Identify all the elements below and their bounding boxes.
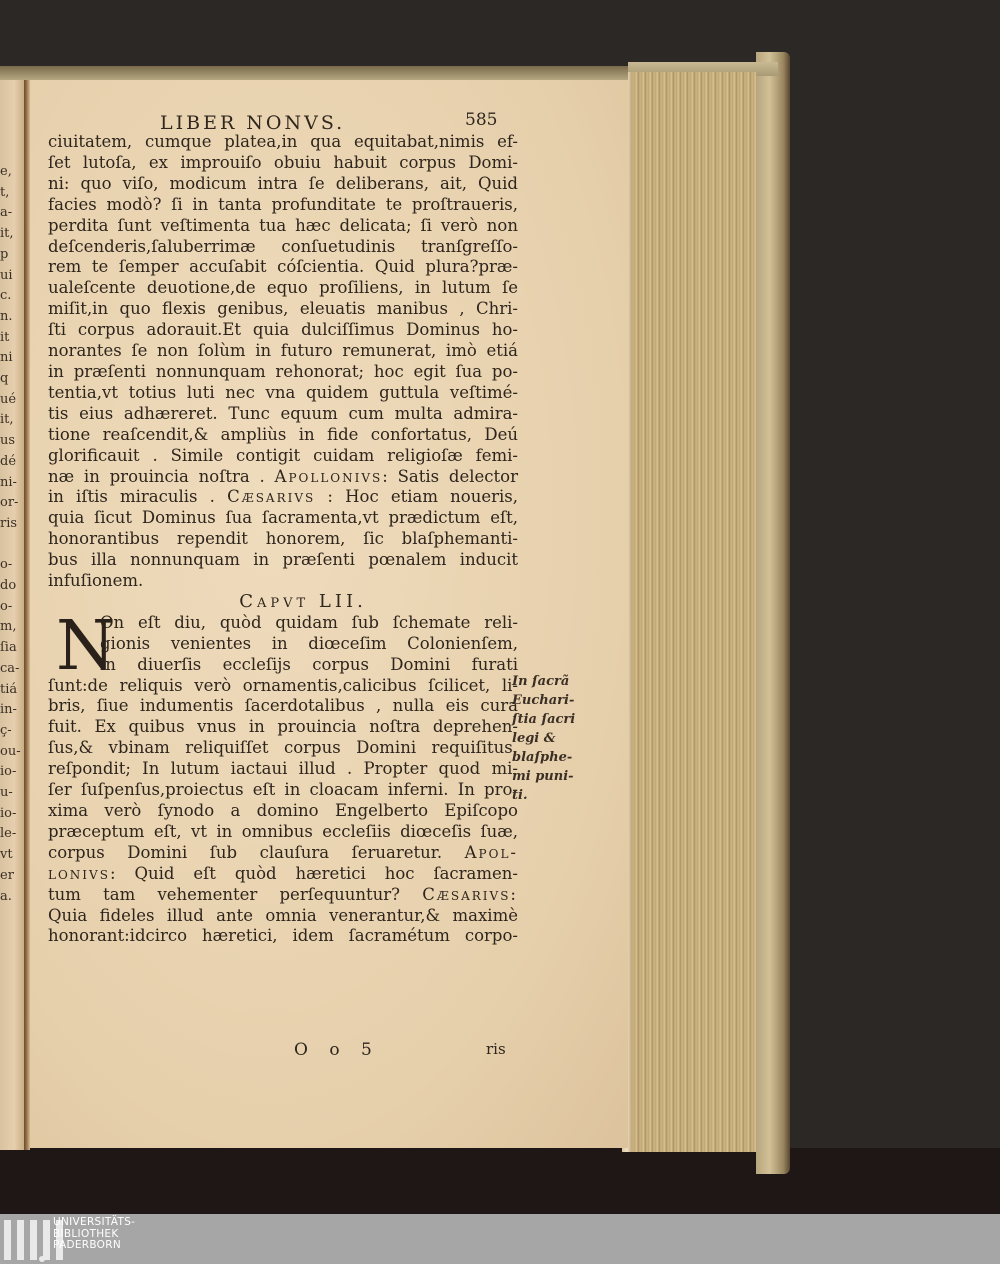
library-name: UNIVERSITÄTS- BIBLIOTHEK PADERBORN xyxy=(53,1217,135,1252)
text-line: præceptum eſt, vt in omnibus eccleſiis d… xyxy=(48,822,518,843)
text-line: deſcenderis,ſaluberrimæ conſuetudinis tr… xyxy=(48,237,518,258)
previous-page-fragment-line: vt xyxy=(0,845,13,866)
previous-page-fragment-line: us xyxy=(0,431,15,452)
text-line: honorant:idcirco hæretici, idem ſacramét… xyxy=(48,926,518,947)
text-line: ciuitatem, cumque platea,in qua equitaba… xyxy=(48,132,518,153)
text-line: ni: quo viſo, modicum intra ſe deliberan… xyxy=(48,174,518,195)
footer-bar: UNIVERSITÄTS- BIBLIOTHEK PADERBORN xyxy=(0,1214,1000,1264)
chapter-opening: N On eſt diu, quòd quidam ſub ſchemate r… xyxy=(48,613,518,676)
text-line: rem te ſemper accuſabit cóſcientia. Quid… xyxy=(48,257,518,278)
previous-page-fragment-line: dé xyxy=(0,452,16,473)
previous-page-fragment-line: ni- xyxy=(0,473,17,494)
library-logo-dot-icon xyxy=(39,1256,45,1262)
speaker-name: Cæsarivs: xyxy=(422,885,518,904)
previous-page-fragment-line: u- xyxy=(0,783,13,804)
speaker-name: Apollonivs xyxy=(275,467,383,486)
text-line: fuit. Ex quibus vnus in prouincia noſtra… xyxy=(48,717,518,738)
book-cover-edge xyxy=(756,52,790,1174)
previous-page-fragment-line: p xyxy=(0,245,8,266)
previous-page-fragment-line: do xyxy=(0,576,16,597)
text-line: glorificauit . Simile contigit cuidam re… xyxy=(48,446,518,467)
text-line: in diuerſis eccleſijs corpus Domini fura… xyxy=(48,655,518,676)
text-line: ſus,& vbinam reliquiſſet corpus Domini r… xyxy=(48,738,518,759)
text-line: tis eius adhæreret. Tunc equum cum multa… xyxy=(48,404,518,425)
text-fragment: corpus Domini ſub clauſura ſeruaretur. xyxy=(48,843,442,862)
previous-page-fragment-line: in- xyxy=(0,700,17,721)
text-line: quia ſicut Dominus ſua ſacramenta,vt præ… xyxy=(48,508,518,529)
previous-page-fragment-line: ui xyxy=(0,266,13,287)
page-fore-edge xyxy=(628,72,756,1152)
previous-page-fragment-line: ris xyxy=(0,514,17,535)
marginal-note-line: Euchari- xyxy=(512,691,612,710)
text-line: in præſenti nonnunquam rehonorat; hoc eg… xyxy=(48,362,518,383)
chapter-heading: Capvt LII. xyxy=(48,592,518,613)
text-line: miſit,in quo flexis genibus, eleuatis ma… xyxy=(48,299,518,320)
text-fragment: : Hoc etiam noueris, xyxy=(315,487,518,506)
background-bottom xyxy=(0,1148,1000,1214)
running-head: LIBER NONVS. xyxy=(160,112,345,134)
text-fragment: in iſtis miraculis . xyxy=(48,487,215,506)
text-line-with-speaker: lonivs: Quid eſt quòd hæretici hoc ſacra… xyxy=(48,864,518,885)
text-line-with-speaker: tum tam vehementer perſequuntur? Cæsariv… xyxy=(48,885,518,906)
previous-page-fragment: e,t,a-it,puic.n.itniquéit,usdéni-or-riso… xyxy=(0,80,24,1150)
text-fragment: tum tam vehementer perſequuntur? xyxy=(48,885,400,904)
speaker-name: Apol- xyxy=(465,843,518,862)
previous-page-fragment-line: tiá xyxy=(0,680,17,701)
previous-page-fragment-line: er xyxy=(0,866,14,887)
previous-page-fragment-line: m, xyxy=(0,617,16,638)
text-line-with-speaker: næ in prouincia noſtra . Apollonivs: Sat… xyxy=(48,467,518,488)
previous-page-fragment-line: io- xyxy=(0,804,16,825)
drop-cap: N xyxy=(56,617,116,677)
text-line: ſer ſuſpenſus,proiectus eſt in cloacam i… xyxy=(48,780,518,801)
previous-page-fragment-line: e, xyxy=(0,162,12,183)
previous-page-fragment-line: t, xyxy=(0,183,9,204)
previous-page-fragment-line: it, xyxy=(0,224,14,245)
text-line: tentia,vt totius luti nec vna quidem gut… xyxy=(48,383,518,404)
signature-mark: O o 5 xyxy=(294,1040,380,1060)
previous-page-fragment-line: a. xyxy=(0,887,12,908)
text-line: facies modò? ſi in tanta profunditate te… xyxy=(48,195,518,216)
text-fragment: : Satis delector xyxy=(382,467,518,486)
marginal-note-line: legi & xyxy=(512,729,612,748)
text-line: On eſt diu, quòd quidam ſub ſchemate rel… xyxy=(48,613,518,634)
text-line: Quia fideles illud ante omnia venerantur… xyxy=(48,906,518,927)
binding-top-edge xyxy=(0,66,628,80)
catchword: ris xyxy=(486,1040,506,1058)
text-line: xima verò ſynodo a domino Engelberto Epi… xyxy=(48,801,518,822)
text-fragment: : Quid eſt quòd hæretici hoc ſacramen- xyxy=(110,864,518,883)
library-name-line: PADERBORN xyxy=(53,1240,135,1252)
page-number: 585 xyxy=(465,110,497,130)
page-body-text: ciuitatem, cumque platea,in qua equitaba… xyxy=(48,132,518,947)
speaker-name: lonivs xyxy=(48,864,110,883)
marginal-note-line: ti. xyxy=(512,786,612,805)
previous-page-fragment-line: it xyxy=(0,328,9,349)
text-line: bus illa nonnunquam in præſenti pœnalem … xyxy=(48,550,518,571)
previous-page-fragment-line: ou- xyxy=(0,742,21,763)
previous-page-fragment-line: c. xyxy=(0,286,11,307)
text-line: ſti corpus adorauit.Et quia dulciſſimus … xyxy=(48,320,518,341)
previous-page-fragment-line: or- xyxy=(0,493,18,514)
marginal-note-line: In ſacrã xyxy=(512,672,612,691)
text-line: perdita ſunt veſtimenta tua hæc delicata… xyxy=(48,216,518,237)
text-line: honorantibus rependit honorem, ſic blaſp… xyxy=(48,529,518,550)
text-line: gionis venientes in diœceſim Colonienſem… xyxy=(48,634,518,655)
library-name-line: UNIVERSITÄTS- xyxy=(53,1217,135,1229)
previous-page-fragment-line: o- xyxy=(0,555,12,576)
previous-page-fragment-line: n. xyxy=(0,307,13,328)
text-line: ſunt:de reliquis verò ornamentis,calicib… xyxy=(48,676,518,697)
text-line: infuſionem. xyxy=(48,571,518,592)
previous-page-fragment-line: le- xyxy=(0,824,16,845)
text-line: ſet lutoſa, ex improuiſo obuiu habuit co… xyxy=(48,153,518,174)
text-line: ualeſcente deuotione,de equo proſiliens,… xyxy=(48,278,518,299)
text-line-with-speaker: corpus Domini ſub clauſura ſeruaretur. A… xyxy=(48,843,518,864)
previous-page-fragment-line: ſia xyxy=(0,638,17,659)
previous-page-fragment-line: ué xyxy=(0,390,16,411)
marginal-note-line: ſtia ſacri xyxy=(512,710,612,729)
marginal-note-line: mi puni- xyxy=(512,767,612,786)
previous-page-fragment-line: o- xyxy=(0,597,12,618)
previous-page-fragment-line: it, xyxy=(0,410,14,431)
previous-page-fragment-line: a- xyxy=(0,203,12,224)
previous-page-fragment-line: q xyxy=(0,369,8,390)
speaker-name: Cæsarivs xyxy=(227,487,315,506)
marginal-note: In ſacrã Euchari- ſtia ſacri legi & blaſ… xyxy=(512,672,612,805)
previous-page-fragment-line: ni xyxy=(0,348,13,369)
previous-page-fragment-line: ca- xyxy=(0,659,19,680)
previous-page-fragment-line: ç- xyxy=(0,721,12,742)
previous-page-fragment-line: io- xyxy=(0,762,16,783)
background-right xyxy=(790,0,1000,1214)
marginal-note-line: blaſphe- xyxy=(512,748,612,767)
text-line: norantes ſe non ſolùm in futuro remunera… xyxy=(48,341,518,362)
text-line: bris, ſiue indumentis ſacerdotalibus , n… xyxy=(48,696,518,717)
text-line-with-speaker: in iſtis miraculis . Cæsarivs : Hoc etia… xyxy=(48,487,518,508)
text-line: reſpondit; In lutum iactaui illud . Prop… xyxy=(48,759,518,780)
text-fragment: næ in prouincia noſtra . xyxy=(48,467,265,486)
text-line: tione reaſcendit,& ampliùs in fide confo… xyxy=(48,425,518,446)
